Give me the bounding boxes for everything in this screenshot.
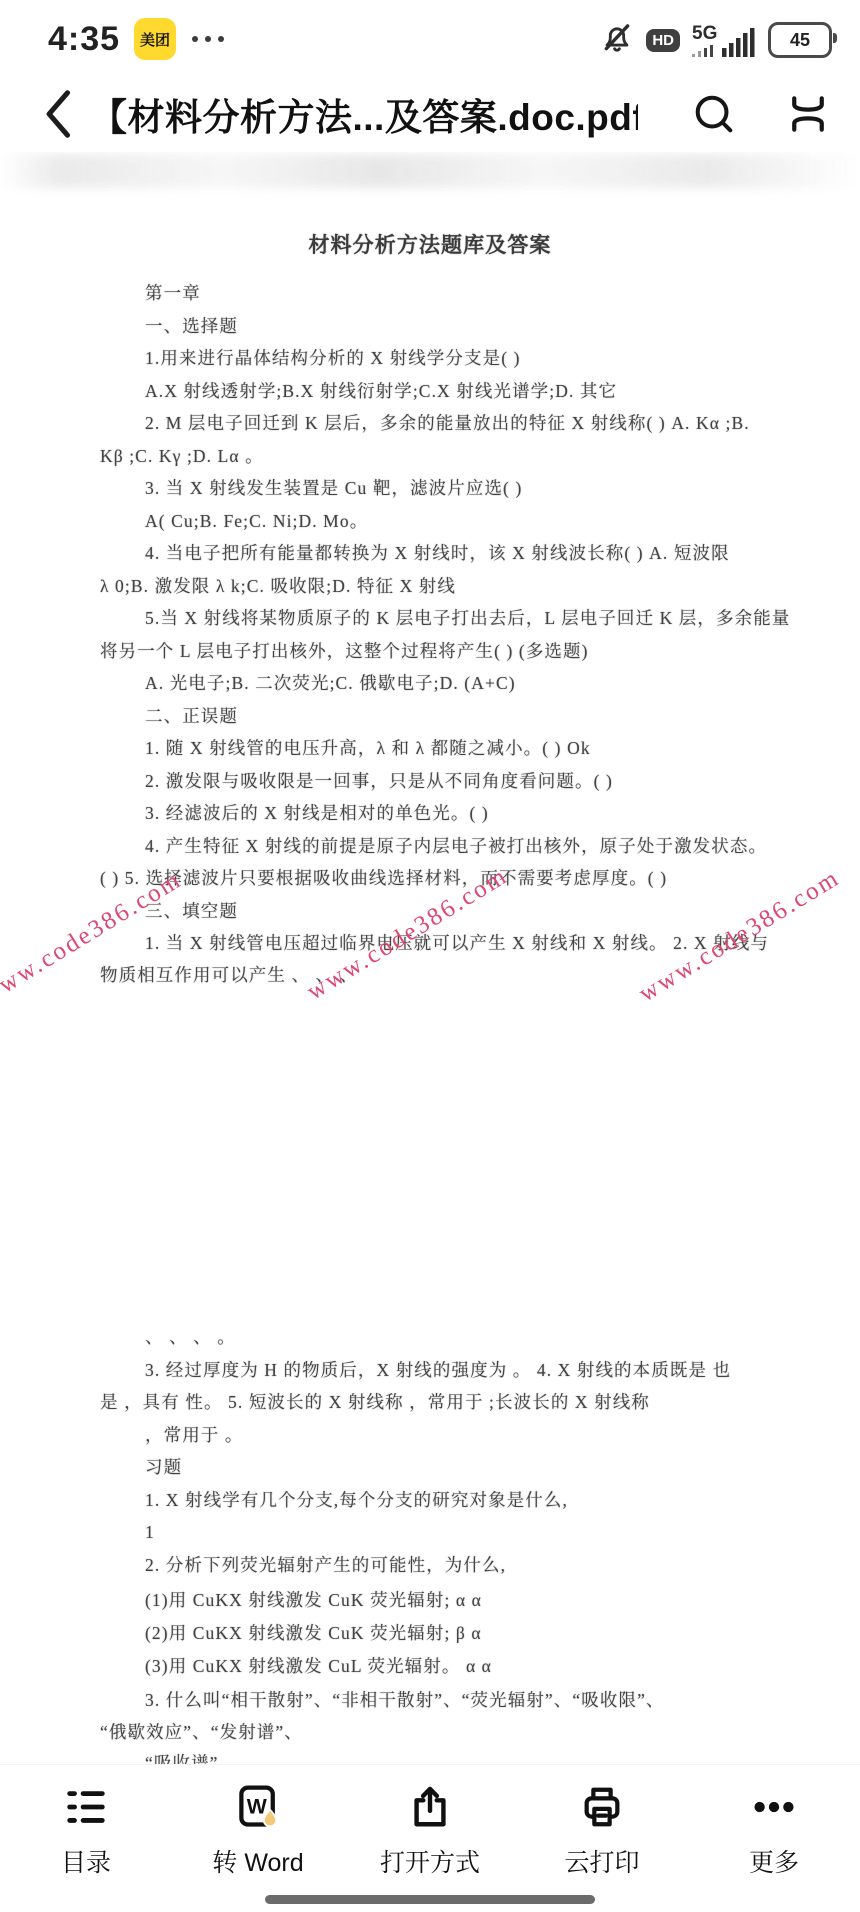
doc-line: 3. 什么叫“相干散射”、“非相干散射”、“荧光辐射”、“吸收限”、 xyxy=(145,1686,665,1714)
doc-line: 二、正误题 xyxy=(145,702,238,730)
doc-line: (1)用 CuKX 射线激发 CuK 荧光辐射; α α xyxy=(145,1586,482,1614)
toc-button[interactable]: 目录 xyxy=(0,1765,172,1912)
page-jump-icon xyxy=(786,92,830,136)
word-doc-icon: W xyxy=(234,1783,282,1831)
hd-volte-badge: HD xyxy=(646,29,680,52)
sim2-signal-bars-icon xyxy=(692,45,718,57)
cellular-signal: 5G xyxy=(692,24,756,57)
clock: 4:35 xyxy=(48,20,120,59)
doc-line: 3. 当 X 射线发生装置是 Cu 靶，滤波片应选( ) xyxy=(145,474,522,502)
doc-line: 第一章 xyxy=(145,279,201,307)
ellipsis-icon xyxy=(750,1783,798,1831)
search-icon xyxy=(691,91,737,137)
doc-line: 、 、 、 。 xyxy=(145,1323,236,1351)
doc-line: 3. 经过厚度为 H 的物质后，X 射线的强度为 。 4. X 射线的本质既是 … xyxy=(145,1356,731,1384)
doc-line: λ 0;B. 激发限 λ k;C. 吸收限;D. 特征 X 射线 xyxy=(100,572,456,600)
doc-line: 1. 随 X 射线管的电压升高，λ 和 λ 都随之减小。( ) Ok xyxy=(145,734,591,762)
status-bar-left: 4:35 美团 xyxy=(48,18,224,60)
doc-line: 1.用来进行晶体结构分析的 X 射线学分支是( ) xyxy=(145,344,521,372)
doc-line: 1. 当 X 射线管电压超过临界电压就可以产生 X 射线和 X 射线。 2. X… xyxy=(145,929,769,957)
pdf-page[interactable]: 材料分析方法题库及答案第一章一、选择题1.用来进行晶体结构分析的 X 射线学分支… xyxy=(0,152,860,1765)
doc-line: 4. 产生特征 X 射线的前提是原子内层电子被打出核外，原子处于激发状态。 xyxy=(145,832,767,860)
sim1-signal-bars-icon xyxy=(722,27,756,57)
printer-icon xyxy=(578,1783,626,1831)
doc-line: A( Cu;B. Fe;C. Ni;D. Mo。 xyxy=(145,507,368,535)
chevron-left-icon xyxy=(44,90,74,138)
doc-line: 1. X 射线学有几个分支,每个分支的研究对象是什么, xyxy=(145,1486,568,1514)
status-bar-right: HD 5G xyxy=(600,18,832,62)
doc-line: “俄歇效应”、“发射谱”、 xyxy=(100,1718,303,1746)
back-button[interactable] xyxy=(44,89,88,139)
share-open-icon xyxy=(406,1783,454,1831)
bottom-toolbar: 目录 W 转 Word 打开方式 xyxy=(0,1764,860,1912)
doc-line: “吸收谱” xyxy=(145,1749,219,1765)
search-button[interactable] xyxy=(684,86,744,142)
doc-line: 2. 分析下列荧光辐射产生的可能性，为什么, xyxy=(145,1551,506,1579)
doc-line: 3. 经滤波后的 X 射线是相对的单色光。( ) xyxy=(145,799,489,827)
page-navigation-button[interactable] xyxy=(778,86,838,142)
meituan-notification-badge: 美团 xyxy=(134,18,176,60)
doc-line: 1 xyxy=(145,1518,155,1546)
svg-text:W: W xyxy=(247,1795,267,1818)
doc-line: A. 光电子;B. 二次荧光;C. 俄歇电子;D. (A+C) xyxy=(145,669,516,697)
doc-line: ，常用于 。 xyxy=(145,1421,243,1449)
list-outline-icon xyxy=(62,1783,110,1831)
convert-to-word-button[interactable]: W 转 Word xyxy=(172,1765,344,1912)
doc-line: Kβ ;C. Kγ ;D. Lα 。 xyxy=(100,442,264,470)
doc-line: 5.当 X 射线将某物质原子的 K 层电子打出去后，L 层电子回迁 K 层，多余… xyxy=(145,604,790,632)
open-with-button[interactable]: 打开方式 xyxy=(344,1765,516,1912)
battery-percent: 45 xyxy=(790,30,810,51)
doc-line: (3)用 CuKX 射线激发 CuL 荧光辐射。 α α xyxy=(145,1652,492,1680)
doc-line: 是 ，具有 性。 5. 短波长的 X 射线称 ，常用于 ;长波长的 X 射线称 xyxy=(100,1388,650,1416)
more-notifications-icon xyxy=(192,36,224,42)
battery-indicator: 45 xyxy=(768,22,832,58)
doc-line: 将另一个 L 层电子打出核外，这整个过程将产生( ) (多选题) xyxy=(100,637,589,665)
app-header: 【材料分析方法...及答案.doc.pdf xyxy=(0,75,860,152)
cloud-print-button[interactable]: 云打印 xyxy=(516,1765,688,1912)
doc-line: A.X 射线透射学;B.X 射线衍射学;C.X 射线光谱学;D. 其它 xyxy=(145,377,617,405)
home-indicator[interactable] xyxy=(265,1895,595,1904)
status-bar: 4:35 美团 HD 5G xyxy=(0,0,860,75)
document-title: 【材料分析方法...及答案.doc.pdf xyxy=(90,87,638,141)
network-type-label: 5G xyxy=(692,24,717,43)
doc-line: 4. 当电子把所有能量都转换为 X 射线时，该 X 射线波长称( ) A. 短波… xyxy=(145,539,730,567)
scan-smudge xyxy=(0,154,860,188)
doc-line: (2)用 CuKX 射线激发 CuK 荧光辐射; β α xyxy=(145,1619,482,1647)
more-button[interactable]: 更多 xyxy=(688,1765,860,1912)
doc-line: 一、选择题 xyxy=(145,312,238,340)
doc-line: 2. M 层电子回迁到 K 层后，多余的能量放出的特征 X 射线称( ) A. … xyxy=(145,409,750,437)
doc-line: 2. 激发限与吸收限是一回事，只是从不同角度看问题。( ) xyxy=(145,767,613,795)
mute-bell-icon xyxy=(600,20,634,61)
doc-line: 习题 xyxy=(145,1453,182,1481)
doc-line: 材料分析方法题库及答案 xyxy=(100,231,760,259)
screen: 4:35 美团 HD 5G xyxy=(0,0,860,1912)
